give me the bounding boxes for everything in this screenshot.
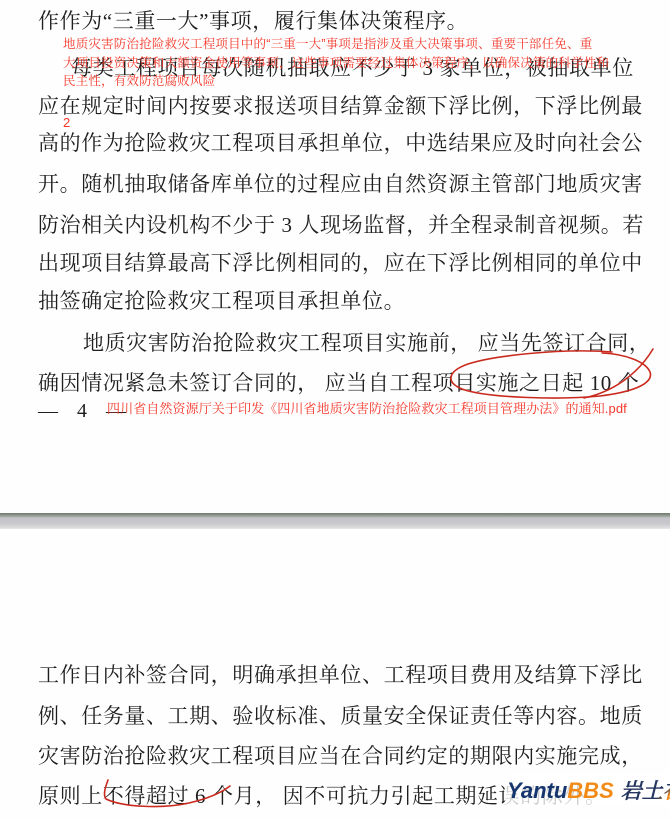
body-text-line: 抽签确定抢险救灾工程项目承担单位。 — [38, 288, 638, 314]
annotation-note-line: 民主性，有效防范腐败风险 — [63, 74, 623, 89]
body-text-line: 出现项目结算最高下浮比例相同的，应在下浮比例相同的单位中 — [38, 250, 638, 276]
yantubbs-watermark-logo: YantuBBS 岩土在线 — [505, 774, 670, 806]
body-text-line: 灾害防治抢险救灾工程项目应当在合同约定的期限内实施完成， — [38, 743, 638, 769]
body-text-line: 开。随机抽取储备库单位的过程应由自然资源主管部门地质灾害 — [38, 171, 638, 197]
annotation-note-line: 大项目投资决策和大额资金使用等事项，这些事项需要经过集体决策程序，以确保决策的科… — [63, 56, 623, 71]
body-text-line: 高的作为抢险救灾工程项目承担单位，中选结果应及时向社会公 — [38, 130, 638, 156]
footnote-marker: 2 — [63, 115, 70, 130]
watermark-bbs-text: BBS — [567, 778, 613, 804]
annotation-note-line: 地质灾害防治抢险救灾工程项目中的“三重一大”事项是指涉及重大决策事项、重要干部任… — [63, 37, 623, 52]
body-text-line: 例、任务量、工期、验收标准、质量安全保证责任等内容。地质 — [38, 703, 638, 729]
body-text-line: 地质灾害防治抢险救灾工程项目实施前， 应当先签订合同， — [83, 330, 670, 356]
body-text-line: 应在规定时间内按要求报送项目结算金额下浮比例，下浮比例最 — [38, 93, 638, 119]
document-title-annotation: 四川省自然资源厅关于印发《四川省地质灾害防治抢险救灾工程项目管理办法》的通知.p… — [107, 398, 567, 417]
pdf-viewer-canvas: 作作为“三重一大”事项，履行集体决策程序。 每类工程项目每次随机抽取应不少于 3… — [0, 0, 670, 819]
body-text-line: 防治相关内设机构不少于 3 人现场监督，并全程录制音视频。若 — [38, 212, 638, 238]
body-text-line: 确因情况紧急未签订合同的， 应当自工程项目实施之日起 10 个 — [38, 370, 638, 396]
page-gap-separator — [0, 513, 670, 529]
body-text-line: 作作为“三重一大”事项，履行集体决策程序。 — [38, 8, 638, 34]
watermark-chinese-text: 岩土在线 — [621, 775, 670, 805]
body-text-line: 工作日内补签合同，明确承担单位、工程项目费用及结算下浮比 — [38, 662, 638, 688]
watermark-yantu-text: Yantu — [507, 778, 567, 804]
